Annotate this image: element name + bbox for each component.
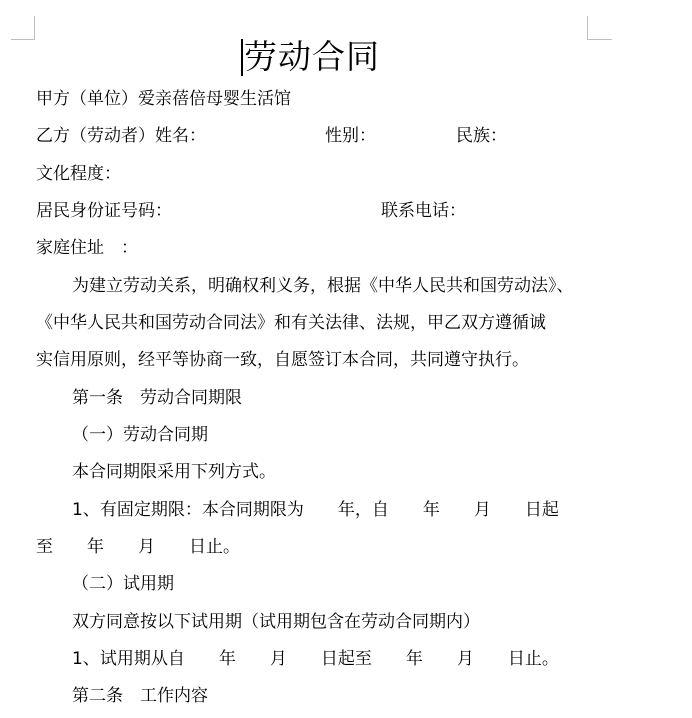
fixed-term-line-1: 1、有固定期限：本合同期限为 年，自 年 月 日起 (72, 499, 559, 521)
article-2-heading: 第二条 工作内容 (72, 685, 208, 707)
gender-label: 性别： (325, 125, 376, 147)
document-title: 劳动合同 (244, 36, 380, 78)
article-1-heading: 第一条 劳动合同期限 (72, 387, 242, 409)
preamble-line-1: 为建立劳动关系，明确权利义务，根据《中华人民共和国劳动法》、 (72, 275, 574, 297)
phone-label: 联系电话： (381, 200, 466, 222)
preamble-line-2: 《中华人民共和国劳动合同法》和有关法律、法规，甲乙双方遵循诚 (36, 312, 546, 334)
fixed-term-line-2: 至 年 月 日止。 (36, 536, 240, 558)
section-2-intro: 双方同意按以下试用期（试用期包含在劳动合同期内） (72, 611, 480, 633)
ethnicity-label: 民族： (456, 125, 507, 147)
address-label: 家庭住址 ： (36, 237, 138, 259)
section-1-heading: （一）劳动合同期 (72, 424, 208, 446)
party-b-line: 乙方（劳动者）姓名： 性别： 民族： (36, 125, 596, 147)
preamble-line-3: 实信用原则，经平等协商一致，自愿签订本合同，共同遵守执行。 (36, 349, 529, 371)
page-margin-corner-right (587, 16, 612, 40)
section-2-heading: （二）试用期 (72, 573, 174, 595)
section-1-intro: 本合同期限采用下列方式。 (72, 461, 276, 483)
document-title-block[interactable]: 劳动合同 (241, 36, 380, 78)
education-label: 文化程度： (36, 163, 121, 185)
party-a-line: 甲方（单位）爱亲蓓倍母婴生活馆 (36, 88, 291, 110)
id-phone-line: 居民身份证号码： 联系电话： (36, 200, 596, 222)
page-margin-corner-left (11, 16, 35, 40)
party-b-name-label: 乙方（劳动者）姓名： (36, 125, 206, 147)
probation-line: 1、试用期从自 年 月 日起至 年 月 日止。 (72, 648, 559, 670)
text-cursor (241, 39, 243, 76)
id-number-label: 居民身份证号码： (36, 200, 172, 222)
